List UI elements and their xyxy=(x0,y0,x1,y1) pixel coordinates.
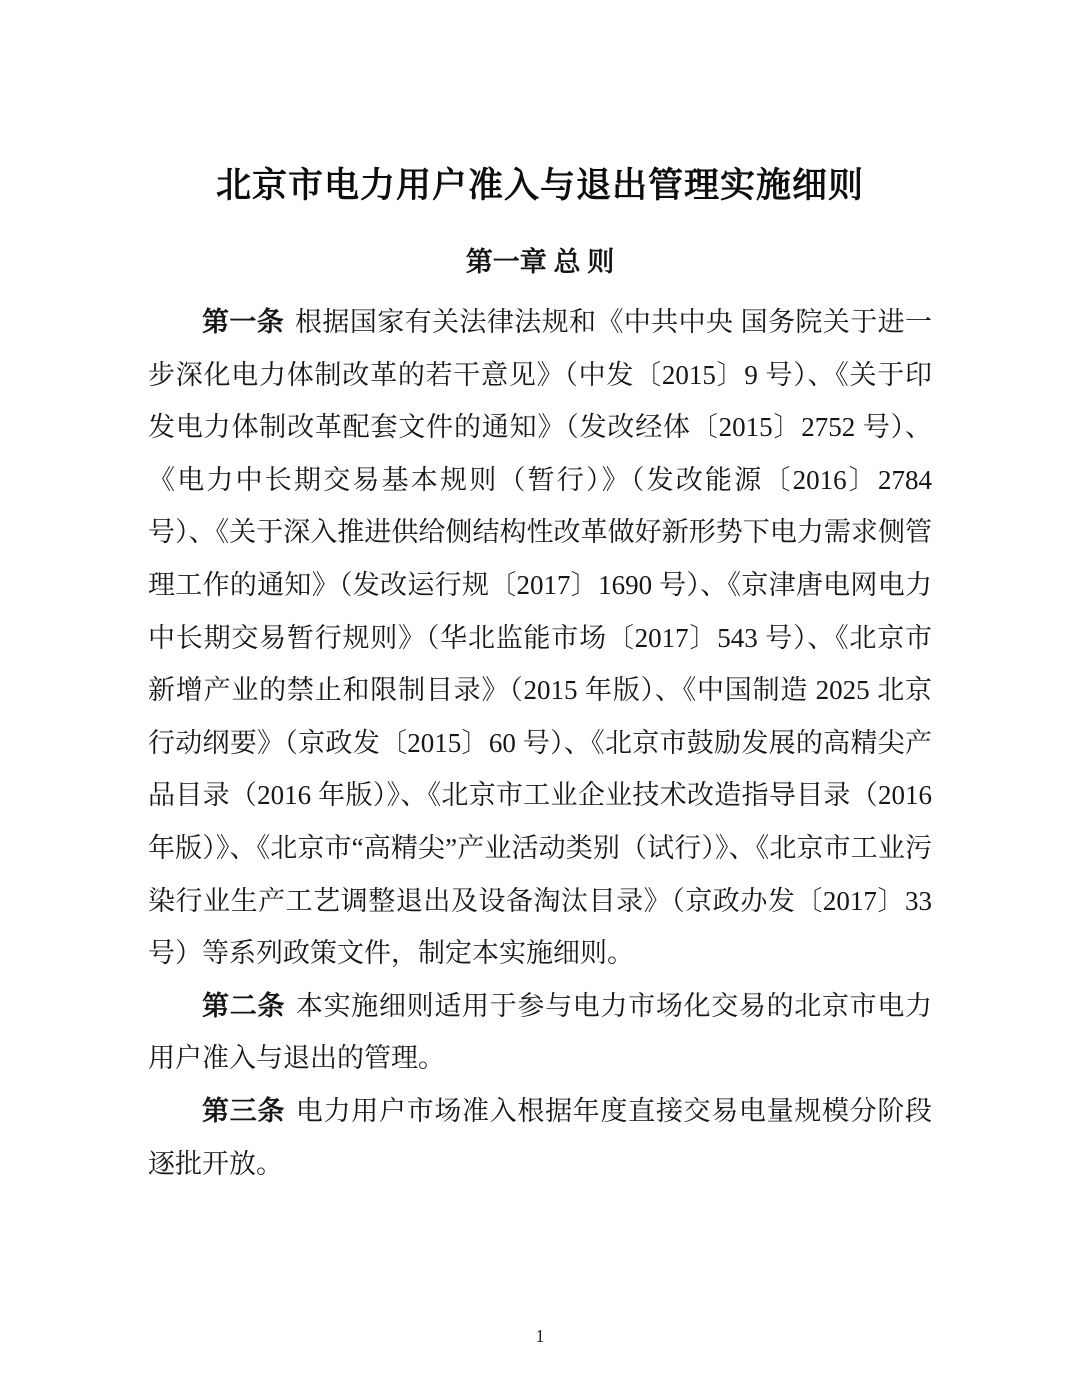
document-title: 北京市电力用户准入与退出管理实施细则 xyxy=(148,0,932,208)
article-3-label: 第三条 xyxy=(202,1096,285,1126)
article-2-paragraph: 第二条本实施细则适用于参与电力市场化交易的北京市电力用户准入与退出的管理。 xyxy=(148,980,932,1085)
document-page: 北京市电力用户准入与退出管理实施细则 第一章 总 则 第一条根据国家有关法律法规… xyxy=(0,0,1080,1397)
article-1-text: 根据国家有关法律法规和《中共中央 国务院关于进一步深化电力体制改革的若干意见》（… xyxy=(148,307,932,968)
article-1-label: 第一条 xyxy=(202,307,284,337)
document-body: 第一条根据国家有关法律法规和《中共中央 国务院关于进一步深化电力体制改革的若干意… xyxy=(148,296,932,1190)
article-1-paragraph: 第一条根据国家有关法律法规和《中共中央 国务院关于进一步深化电力体制改革的若干意… xyxy=(148,296,932,980)
article-2-label: 第二条 xyxy=(202,991,285,1021)
chapter-heading: 第一章 总 则 xyxy=(148,244,932,280)
document-content: 北京市电力用户准入与退出管理实施细则 第一章 总 则 第一条根据国家有关法律法规… xyxy=(0,0,1080,1190)
page-number: 1 xyxy=(0,1326,1080,1347)
article-3-paragraph: 第三条电力用户市场准入根据年度直接交易电量规模分阶段逐批开放。 xyxy=(148,1085,932,1190)
